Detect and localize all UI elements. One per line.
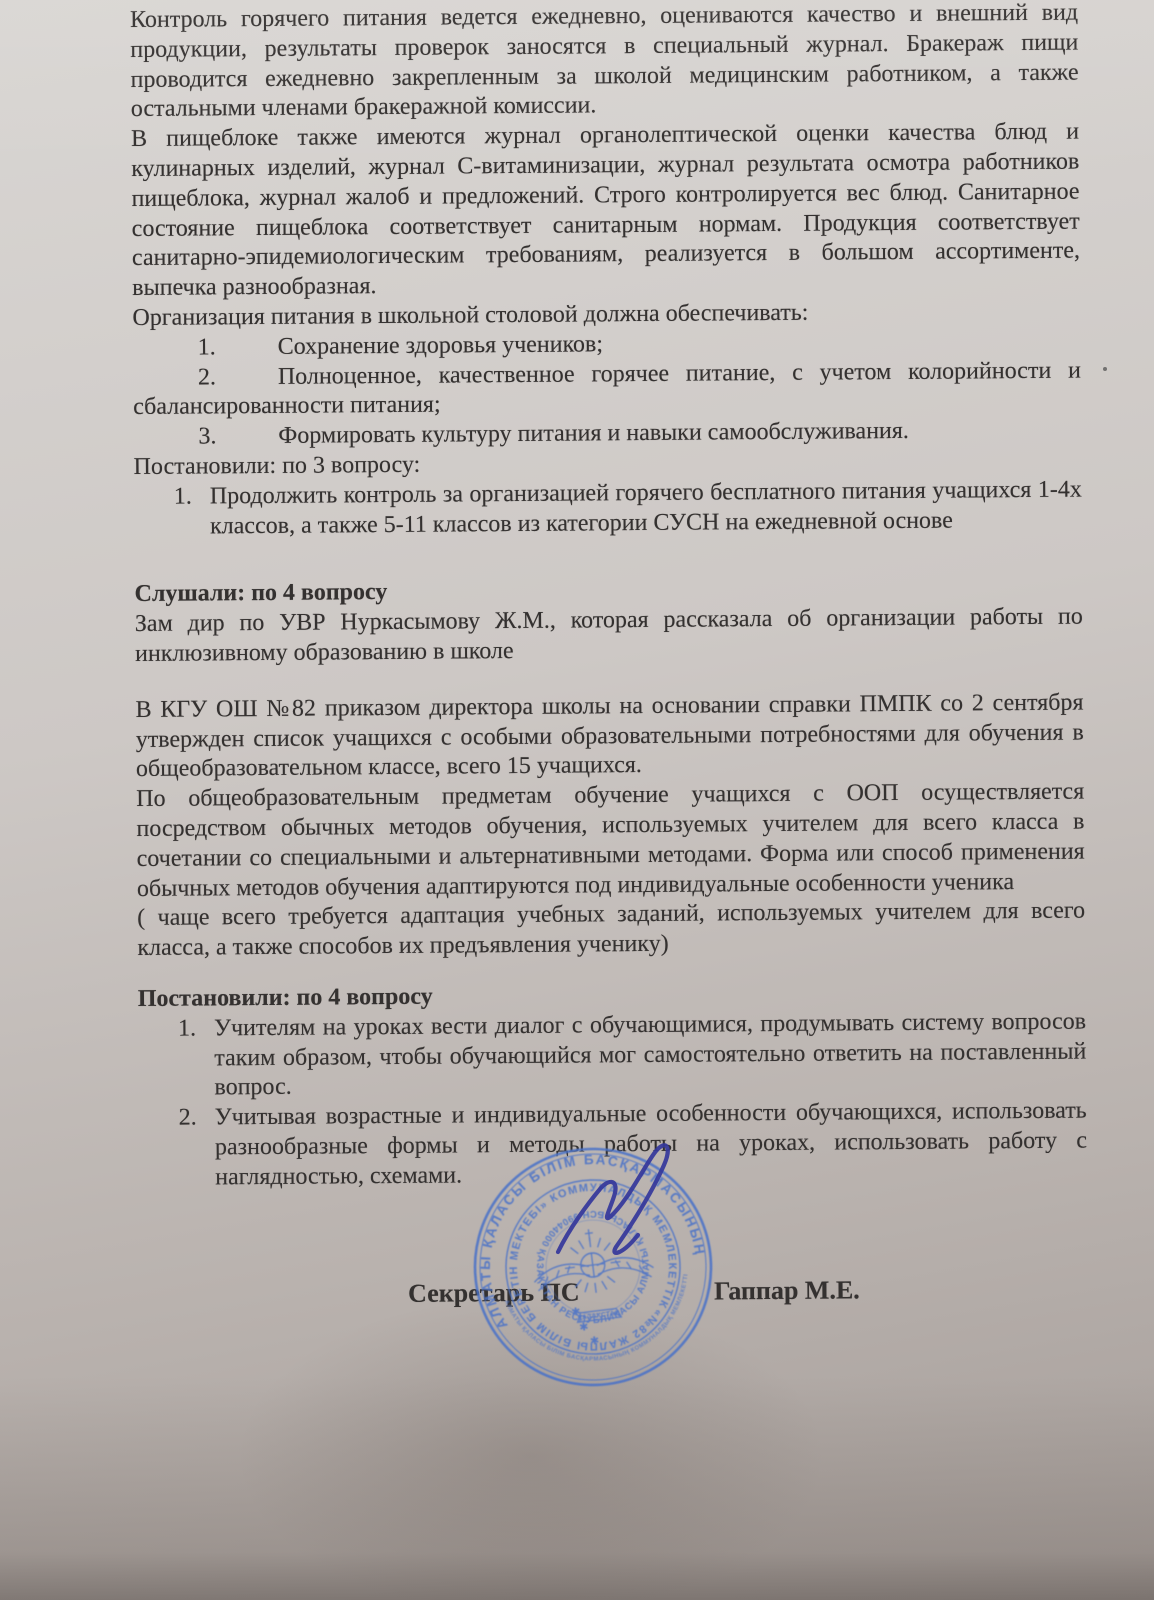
paragraph-heard-4: Зам дир по УВР Нуркасымову Ж.М., которая… (135, 603, 1083, 670)
list-item-resolved4-1: 1. Учителям на уроках вести диалог с обу… (138, 1007, 1087, 1104)
svg-text:✱: ✱ (571, 1306, 582, 1319)
paragraph-oop-methods: По общеобразовательным предметам обучени… (136, 778, 1085, 905)
list-number: 1. (174, 482, 192, 512)
paragraph-food-unit: В пищеблоке также имеются журнал органол… (131, 118, 1080, 304)
list-item-goal-2: 2.Полноценное, качественное горячее пита… (133, 356, 1081, 423)
svg-text:✱: ✱ (589, 1335, 600, 1348)
list-text: Учителям на уроках вести диалог с обучаю… (214, 1007, 1087, 1103)
svg-text:✱: ✱ (579, 1321, 590, 1334)
list-number: 3. (198, 422, 278, 452)
handwritten-signature (540, 1105, 740, 1275)
paragraph-kgu-school: В КГУ ОШ №82 приказом директора школы на… (135, 688, 1084, 785)
list-text: Сохранение здоровья учеников; (278, 331, 604, 360)
list-text: Продолжить контроль за организацией горя… (210, 475, 1082, 541)
paragraph-meal-control: Контроль горячего питания ведется ежедне… (130, 0, 1079, 125)
ink-speck (1103, 367, 1107, 371)
list-number: 2. (179, 1104, 197, 1134)
list-number: 2. (198, 362, 278, 392)
signature-stroke (558, 1145, 668, 1253)
paragraph-parenthetical: ( чаще всего требуется адаптация учебных… (137, 897, 1085, 964)
list-number: 1. (198, 333, 278, 363)
list-item-resolved3-1: 1. Продолжить контроль за организацией г… (134, 475, 1082, 542)
signature-name: Гаппар М.Е. (714, 1276, 860, 1306)
document-photo: Контроль горячего питания ведется ежедне… (0, 0, 1154, 1600)
list-text: Формировать культуру питания и навыки са… (278, 418, 909, 449)
list-number: 1. (178, 1014, 196, 1044)
